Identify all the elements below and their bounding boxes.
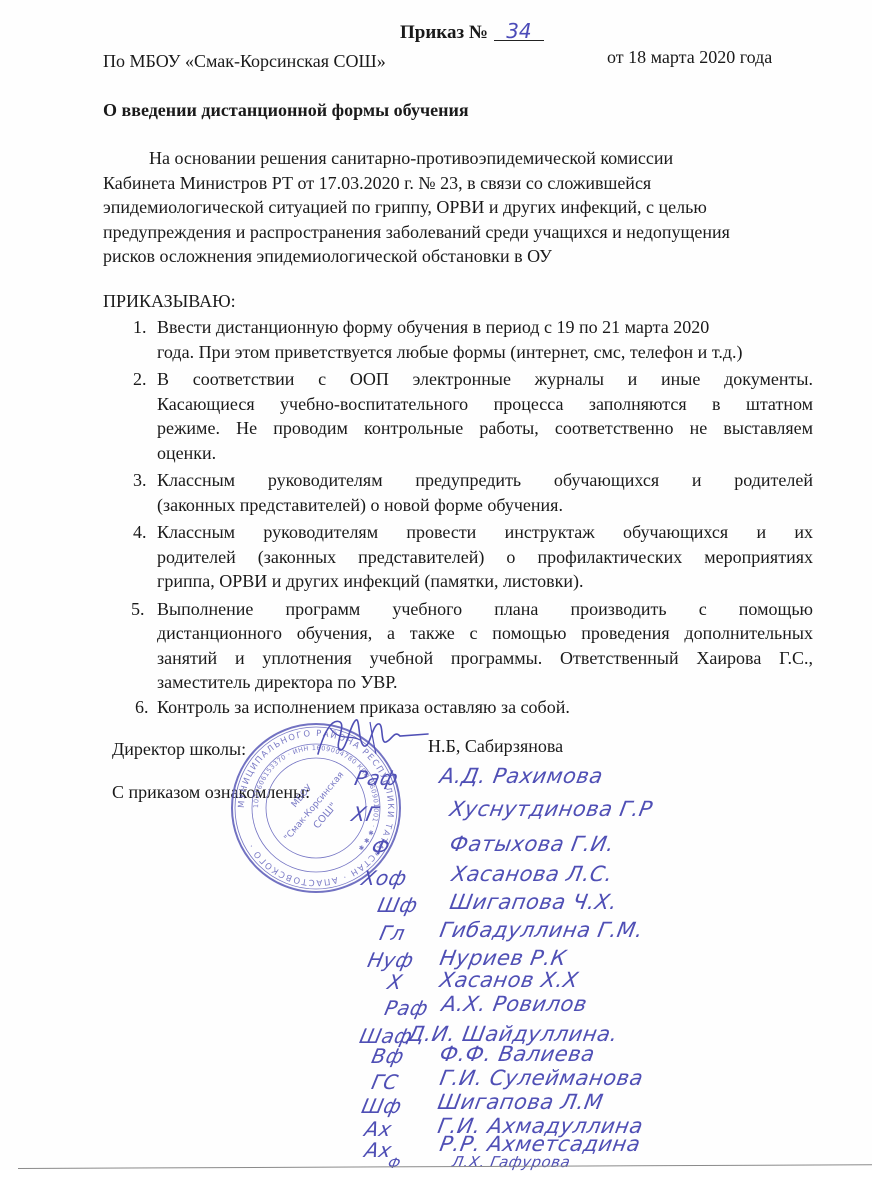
ack-initials: Гл [377, 921, 407, 945]
decree-item-2: 2. В соответствии с ООП электронные журн… [103, 367, 813, 465]
decree-item-5: 5. Выполнение программ учебного плана пр… [103, 597, 813, 695]
order-number-handwritten: 34 [494, 22, 544, 41]
ack-name: Л.Х. Гафурова [450, 1153, 572, 1171]
item-line: Ввести дистанционную форму обучения в пе… [157, 315, 813, 340]
order-label: Приказ № [400, 22, 488, 43]
ack-name: Гибадуллина Г.М. [438, 918, 645, 942]
ack-initials: Ф [386, 1156, 402, 1172]
item-line: года. При этом приветствуется любые форм… [157, 340, 813, 365]
item-number: 3. [133, 468, 147, 493]
ack-initials: Шф [359, 1094, 404, 1118]
director-name: Н.Б, Сабирзянова [428, 736, 563, 757]
ack-initials: Х [385, 970, 404, 994]
ack-name: Шигапова Ч.Х. [448, 890, 619, 914]
ack-name: Нуриев Р.К [438, 946, 569, 970]
ack-name: А.Д. Рахимова [438, 764, 605, 788]
item-line: Классным руководителям предупредить обуч… [157, 468, 813, 493]
item-line: (законных представителей) о новой форме … [157, 493, 813, 518]
preamble-line: рисков осложнения эпидемиологической обс… [103, 244, 803, 269]
decree-heading: ПРИКАЗЫВАЮ: [103, 291, 236, 312]
ack-initials: Нуф [365, 948, 416, 972]
decree-item-1: 1. Ввести дистанционную форму обучения в… [103, 315, 813, 364]
preamble-line: эпидемиологической ситуацией по гриппу, … [103, 195, 803, 220]
decree-item-4: 4. Классным руководителям провести инстр… [103, 520, 813, 594]
item-line: оценки. [157, 441, 813, 466]
ack-name: Хуснутдинова Г.Р [448, 797, 655, 821]
item-number: 2. [133, 367, 147, 392]
order-subject: О введении дистанционной формы обучения [103, 100, 469, 121]
director-label: Директор школы: [112, 739, 246, 760]
ack-initials: ХГ [349, 802, 380, 826]
preamble-paragraph: На основании решения санитарно-противоэп… [103, 146, 803, 269]
item-line: Выполнение программ учебного плана произ… [157, 597, 813, 622]
item-line: родителей (законных представителей) о пр… [157, 545, 813, 570]
item-line: гриппа, ОРВИ и других инфекций (памятки,… [157, 569, 813, 594]
ack-initials: ГС [369, 1070, 400, 1094]
order-title: Приказ №34 [400, 22, 544, 44]
preamble-line: Кабинета Министров РТ от 17.03.2020 г. №… [103, 171, 803, 196]
item-line: Контроль за исполнением приказа оставляю… [157, 695, 813, 720]
ack-initials: Хоф [359, 866, 409, 890]
preamble-line: На основании решения санитарно-противоэп… [103, 146, 803, 171]
ack-name: Хасанов Х.Х [438, 968, 580, 992]
ack-initials: Раф [382, 996, 430, 1020]
item-line: занятий и уплотнения учебной программы. … [157, 646, 813, 671]
preamble-line: предупреждения и распространения заболев… [103, 220, 803, 245]
ack-name: Фатыхова Г.И. [448, 832, 616, 856]
decree-item-list: 1. Ввести дистанционную форму обучения в… [103, 315, 813, 719]
item-number: 5. [131, 597, 145, 622]
decree-item-3: 3. Классным руководителям предупредить о… [103, 468, 813, 517]
ack-name: Г.И. Сулейманова [438, 1066, 645, 1090]
item-number: 4. [133, 520, 147, 545]
item-number: 6. [135, 695, 149, 720]
item-line: Касающиеся учебно-воспитательного процес… [157, 392, 813, 417]
item-line: Классным руководителям провести инструкт… [157, 520, 813, 545]
order-date: от 18 марта 2020 года [607, 47, 772, 68]
ack-initials: Вф [369, 1044, 406, 1068]
ack-name: Шигапова Л.М [436, 1090, 605, 1114]
ack-name: Хасанова Л.С. [450, 862, 615, 886]
item-line: В соответствии с ООП электронные журналы… [157, 367, 813, 392]
ack-name: Ф.Ф. Валиева [438, 1042, 597, 1066]
decree-item-6: 6. Контроль за исполнением приказа остав… [103, 695, 813, 720]
ack-name: А.Х. Ровилов [440, 992, 589, 1016]
ack-initials: Раф [352, 766, 400, 790]
item-line: дистанционного обучения, а также с помощ… [157, 621, 813, 646]
ack-initials: Шф [375, 893, 420, 917]
page-bottom-edge [18, 1164, 872, 1169]
item-line: режиме. Не проводим контрольные работы, … [157, 416, 813, 441]
item-line: заместитель директора по УВР. [157, 670, 813, 695]
organization-line: По МБОУ «Смак-Корсинская СОШ» [103, 51, 386, 72]
director-signature [310, 712, 430, 762]
document-page: Приказ №34 По МБОУ «Смак-Корсинская СОШ»… [0, 0, 872, 1170]
item-number: 1. [133, 315, 147, 340]
